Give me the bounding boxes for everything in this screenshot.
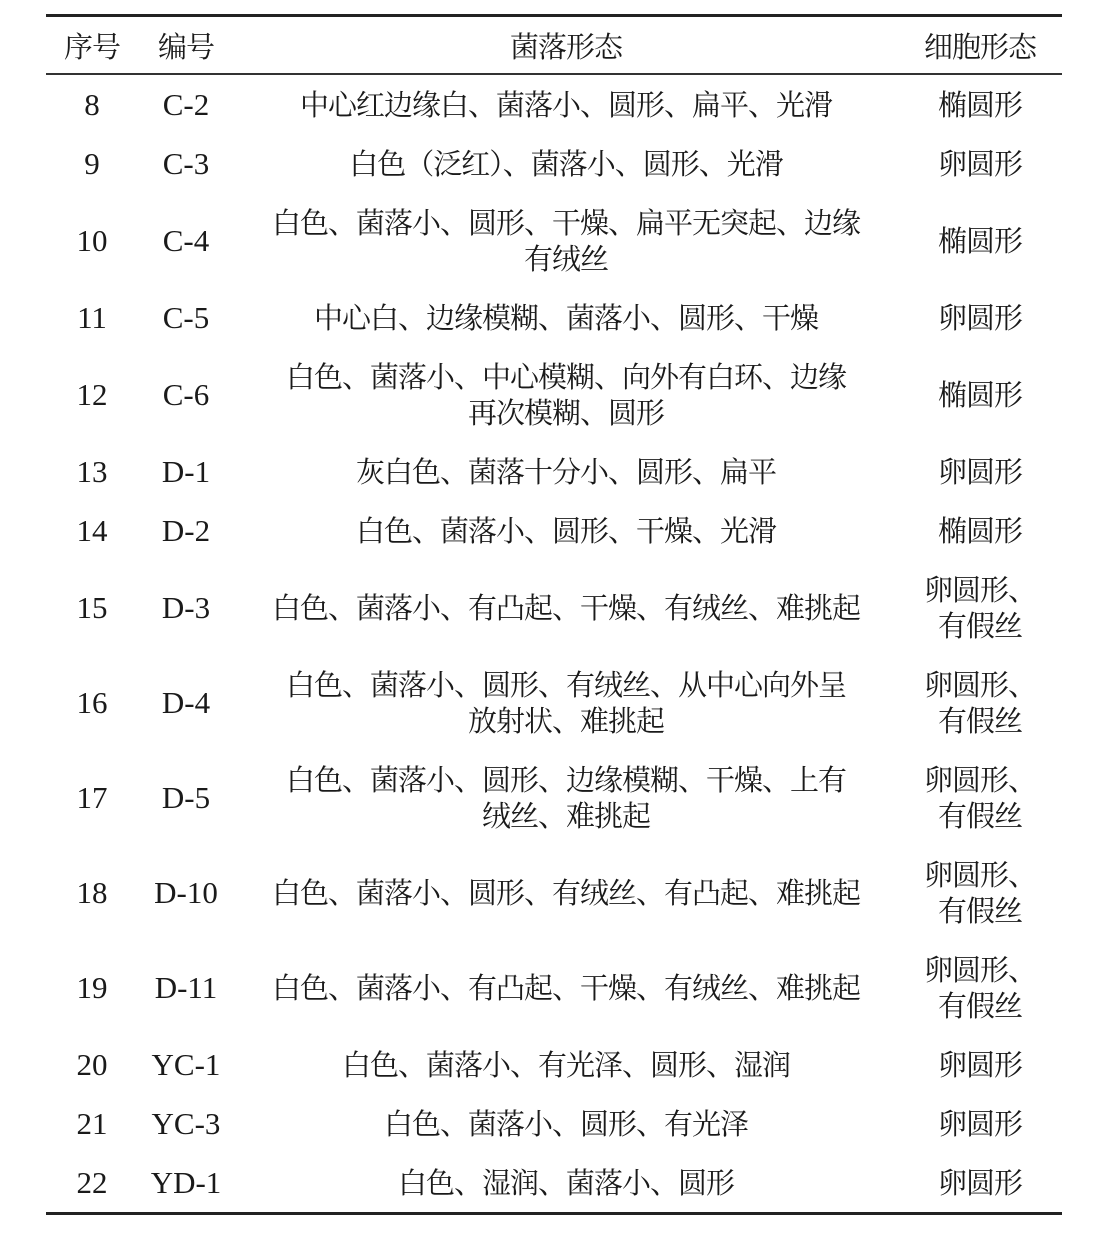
serial-no-cell: 18	[46, 845, 138, 940]
colony-morphology-cell: 白色、湿润、菌落小、圆形	[234, 1153, 898, 1214]
colony-morphology-line: 有绒丝	[234, 241, 898, 277]
cell-morphology-line: 卵圆形、	[898, 572, 1062, 608]
colony-morphology-line: 白色、菌落小、圆形、边缘模糊、干燥、上有	[234, 762, 898, 798]
colony-morphology-cell: 白色、菌落小、中心模糊、向外有白环、边缘再次模糊、圆形	[234, 347, 898, 442]
colony-morphology-table-container: 序号 编号 菌落形态 细胞形态 8C-2中心红边缘白、菌落小、圆形、扁平、光滑椭…	[46, 14, 1062, 1215]
colony-morphology-cell: 灰白色、菌落十分小、圆形、扁平	[234, 442, 898, 501]
colony-morphology-cell: 白色、菌落小、圆形、有绒丝、从中心向外呈放射状、难挑起	[234, 655, 898, 750]
header-code: 编号	[138, 16, 234, 75]
table-header: 序号 编号 菌落形态 细胞形态	[46, 16, 1062, 75]
colony-morphology-cell: 白色、菌落小、圆形、有绒丝、有凸起、难挑起	[234, 845, 898, 940]
cell-morphology-cell: 卵圆形	[898, 442, 1062, 501]
cell-morphology-cell: 椭圆形	[898, 347, 1062, 442]
strain-code-cell: C-4	[138, 193, 234, 288]
header-row: 序号 编号 菌落形态 细胞形态	[46, 16, 1062, 75]
serial-no-cell: 20	[46, 1035, 138, 1094]
colony-morphology-line: 白色、菌落小、圆形、干燥、光滑	[234, 513, 898, 549]
colony-morphology-cell: 白色、菌落小、圆形、干燥、光滑	[234, 501, 898, 560]
serial-no-cell: 19	[46, 940, 138, 1035]
table-body: 8C-2中心红边缘白、菌落小、圆形、扁平、光滑椭圆形9C-3白色（泛红）、菌落小…	[46, 74, 1062, 1214]
colony-morphology-cell: 白色、菌落小、圆形、边缘模糊、干燥、上有绒丝、难挑起	[234, 750, 898, 845]
serial-no-cell: 8	[46, 74, 138, 134]
serial-no-cell: 11	[46, 288, 138, 347]
serial-no-cell: 10	[46, 193, 138, 288]
cell-morphology-line: 有假丝	[898, 893, 1062, 929]
header-serial-no: 序号	[46, 16, 138, 75]
table-row: 22YD-1白色、湿润、菌落小、圆形卵圆形	[46, 1153, 1062, 1214]
serial-no-cell: 15	[46, 560, 138, 655]
cell-morphology-cell: 椭圆形	[898, 193, 1062, 288]
header-cell-morphology: 细胞形态	[898, 16, 1062, 75]
serial-no-cell: 22	[46, 1153, 138, 1214]
cell-morphology-line: 卵圆形、	[898, 857, 1062, 893]
strain-code-cell: D-2	[138, 501, 234, 560]
colony-morphology-line: 白色、菌落小、圆形、有光泽	[234, 1106, 898, 1142]
cell-morphology-line: 卵圆形	[898, 1047, 1062, 1083]
cell-morphology-line: 卵圆形	[898, 300, 1062, 336]
serial-no-cell: 13	[46, 442, 138, 501]
table-row: 8C-2中心红边缘白、菌落小、圆形、扁平、光滑椭圆形	[46, 74, 1062, 134]
cell-morphology-line: 卵圆形、	[898, 667, 1062, 703]
cell-morphology-line: 椭圆形	[898, 513, 1062, 549]
cell-morphology-line: 卵圆形	[898, 1165, 1062, 1201]
cell-morphology-cell: 卵圆形	[898, 1035, 1062, 1094]
table-row: 21YC-3白色、菌落小、圆形、有光泽卵圆形	[46, 1094, 1062, 1153]
colony-morphology-table: 序号 编号 菌落形态 细胞形态 8C-2中心红边缘白、菌落小、圆形、扁平、光滑椭…	[46, 14, 1062, 1215]
serial-no-cell: 14	[46, 501, 138, 560]
colony-morphology-line: 白色、湿润、菌落小、圆形	[234, 1165, 898, 1201]
table-row: 10C-4白色、菌落小、圆形、干燥、扁平无突起、边缘有绒丝椭圆形	[46, 193, 1062, 288]
table-row: 20YC-1白色、菌落小、有光泽、圆形、湿润卵圆形	[46, 1035, 1062, 1094]
colony-morphology-cell: 白色、菌落小、圆形、干燥、扁平无突起、边缘有绒丝	[234, 193, 898, 288]
colony-morphology-line: 白色、菌落小、圆形、有绒丝、从中心向外呈	[234, 667, 898, 703]
strain-code-cell: C-6	[138, 347, 234, 442]
cell-morphology-cell: 卵圆形	[898, 1094, 1062, 1153]
cell-morphology-line: 卵圆形	[898, 146, 1062, 182]
cell-morphology-cell: 卵圆形、有假丝	[898, 940, 1062, 1035]
strain-code-cell: C-3	[138, 134, 234, 193]
table-row: 13D-1灰白色、菌落十分小、圆形、扁平卵圆形	[46, 442, 1062, 501]
serial-no-cell: 21	[46, 1094, 138, 1153]
cell-morphology-line: 有假丝	[898, 608, 1062, 644]
table-row: 12C-6白色、菌落小、中心模糊、向外有白环、边缘再次模糊、圆形椭圆形	[46, 347, 1062, 442]
table-row: 11C-5中心白、边缘模糊、菌落小、圆形、干燥卵圆形	[46, 288, 1062, 347]
cell-morphology-cell: 卵圆形、有假丝	[898, 845, 1062, 940]
table-row: 15D-3白色、菌落小、有凸起、干燥、有绒丝、难挑起卵圆形、有假丝	[46, 560, 1062, 655]
cell-morphology-cell: 卵圆形、有假丝	[898, 750, 1062, 845]
colony-morphology-line: 白色、菌落小、圆形、有绒丝、有凸起、难挑起	[234, 875, 898, 911]
table-row: 17D-5白色、菌落小、圆形、边缘模糊、干燥、上有绒丝、难挑起卵圆形、有假丝	[46, 750, 1062, 845]
cell-morphology-line: 有假丝	[898, 988, 1062, 1024]
cell-morphology-line: 卵圆形、	[898, 952, 1062, 988]
strain-code-cell: D-1	[138, 442, 234, 501]
cell-morphology-line: 有假丝	[898, 798, 1062, 834]
strain-code-cell: D-10	[138, 845, 234, 940]
cell-morphology-cell: 卵圆形、有假丝	[898, 655, 1062, 750]
strain-code-cell: D-11	[138, 940, 234, 1035]
cell-morphology-line: 椭圆形	[898, 377, 1062, 413]
cell-morphology-line: 卵圆形	[898, 1106, 1062, 1142]
table-row: 19D-11白色、菌落小、有凸起、干燥、有绒丝、难挑起卵圆形、有假丝	[46, 940, 1062, 1035]
colony-morphology-line: 白色、菌落小、有凸起、干燥、有绒丝、难挑起	[234, 970, 898, 1006]
colony-morphology-line: 中心红边缘白、菌落小、圆形、扁平、光滑	[234, 87, 898, 123]
cell-morphology-cell: 卵圆形	[898, 1153, 1062, 1214]
cell-morphology-cell: 卵圆形	[898, 134, 1062, 193]
strain-code-cell: YD-1	[138, 1153, 234, 1214]
strain-code-cell: YC-3	[138, 1094, 234, 1153]
cell-morphology-line: 椭圆形	[898, 223, 1062, 259]
colony-morphology-line: 白色、菌落小、有光泽、圆形、湿润	[234, 1047, 898, 1083]
colony-morphology-cell: 白色（泛红）、菌落小、圆形、光滑	[234, 134, 898, 193]
serial-no-cell: 9	[46, 134, 138, 193]
cell-morphology-line: 椭圆形	[898, 87, 1062, 123]
colony-morphology-line: 白色、菌落小、有凸起、干燥、有绒丝、难挑起	[234, 590, 898, 626]
colony-morphology-cell: 白色、菌落小、圆形、有光泽	[234, 1094, 898, 1153]
colony-morphology-cell: 中心红边缘白、菌落小、圆形、扁平、光滑	[234, 74, 898, 134]
colony-morphology-line: 白色、菌落小、中心模糊、向外有白环、边缘	[234, 359, 898, 395]
strain-code-cell: YC-1	[138, 1035, 234, 1094]
serial-no-cell: 12	[46, 347, 138, 442]
cell-morphology-line: 卵圆形、	[898, 762, 1062, 798]
strain-code-cell: C-5	[138, 288, 234, 347]
colony-morphology-cell: 白色、菌落小、有凸起、干燥、有绒丝、难挑起	[234, 560, 898, 655]
table-row: 14D-2白色、菌落小、圆形、干燥、光滑椭圆形	[46, 501, 1062, 560]
header-colony-morphology: 菌落形态	[234, 16, 898, 75]
colony-morphology-line: 白色、菌落小、圆形、干燥、扁平无突起、边缘	[234, 205, 898, 241]
serial-no-cell: 16	[46, 655, 138, 750]
table-row: 18D-10白色、菌落小、圆形、有绒丝、有凸起、难挑起卵圆形、有假丝	[46, 845, 1062, 940]
colony-morphology-cell: 白色、菌落小、有凸起、干燥、有绒丝、难挑起	[234, 940, 898, 1035]
cell-morphology-line: 有假丝	[898, 703, 1062, 739]
colony-morphology-line: 灰白色、菌落十分小、圆形、扁平	[234, 454, 898, 490]
colony-morphology-cell: 白色、菌落小、有光泽、圆形、湿润	[234, 1035, 898, 1094]
serial-no-cell: 17	[46, 750, 138, 845]
table-row: 9C-3白色（泛红）、菌落小、圆形、光滑卵圆形	[46, 134, 1062, 193]
cell-morphology-cell: 卵圆形	[898, 288, 1062, 347]
colony-morphology-line: 再次模糊、圆形	[234, 395, 898, 431]
colony-morphology-line: 白色（泛红）、菌落小、圆形、光滑	[234, 146, 898, 182]
colony-morphology-line: 中心白、边缘模糊、菌落小、圆形、干燥	[234, 300, 898, 336]
table-row: 16D-4白色、菌落小、圆形、有绒丝、从中心向外呈放射状、难挑起卵圆形、有假丝	[46, 655, 1062, 750]
cell-morphology-line: 卵圆形	[898, 454, 1062, 490]
cell-morphology-cell: 椭圆形	[898, 74, 1062, 134]
strain-code-cell: C-2	[138, 74, 234, 134]
colony-morphology-cell: 中心白、边缘模糊、菌落小、圆形、干燥	[234, 288, 898, 347]
cell-morphology-cell: 椭圆形	[898, 501, 1062, 560]
colony-morphology-line: 绒丝、难挑起	[234, 798, 898, 834]
strain-code-cell: D-3	[138, 560, 234, 655]
colony-morphology-line: 放射状、难挑起	[234, 703, 898, 739]
cell-morphology-cell: 卵圆形、有假丝	[898, 560, 1062, 655]
strain-code-cell: D-4	[138, 655, 234, 750]
strain-code-cell: D-5	[138, 750, 234, 845]
